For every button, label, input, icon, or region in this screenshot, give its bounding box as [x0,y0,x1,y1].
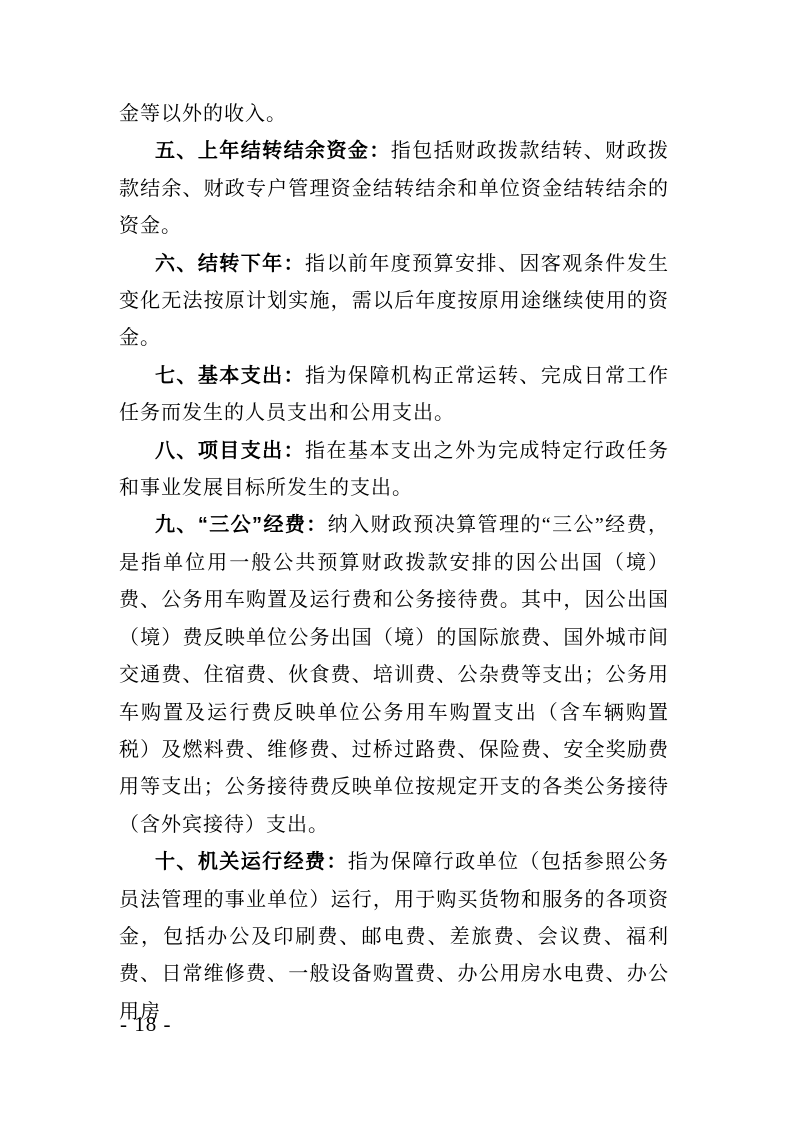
document-page: 金等以外的收入。 五、上年结转结余资金：指包括财政拨款结转、财政拨款结余、财政专… [0,0,793,1122]
page-footer: - 18 - [120,1012,172,1037]
paragraph: 八、项目支出：指在基本支出之外为完成特定行政任务和事业发展目标所发生的支出。 [119,433,669,508]
term-label: 十、机关运行经费： [155,851,348,873]
term-definition: 纳入财政预决算管理的“三公”经费，是指单位用一般公共预算财政拨款安排的因公出国（… [119,514,669,835]
term-definition: 金等以外的收入。 [119,103,287,125]
term-label: 九、“三公”经费： [155,514,328,536]
term-label: 五、上年结转结余资金： [155,140,391,162]
paragraph: 金等以外的收入。 [119,96,669,133]
term-label: 六、结转下年： [155,253,305,275]
paragraph: 九、“三公”经费：纳入财政预决算管理的“三公”经费，是指单位用一般公共预算财政拨… [119,507,669,844]
term-definition: 指为保障行政单位（包括参照公务员法管理的事业单位）运行，用于购买货物和服务的各项… [119,851,669,1023]
term-label: 七、基本支出： [155,365,305,387]
paragraph: 六、结转下年：指以前年度预算安排、因客观条件发生变化无法按原计划实施，需以后年度… [119,246,669,358]
paragraph: 十、机关运行经费：指为保障行政单位（包括参照公务员法管理的事业单位）运行，用于购… [119,844,669,1031]
paragraph: 七、基本支出：指为保障机构正常运转、完成日常工作任务而发生的人员支出和公用支出。 [119,358,669,433]
term-label: 八、项目支出： [155,440,305,462]
document-body: 金等以外的收入。 五、上年结转结余资金：指包括财政拨款结转、财政拨款结余、财政专… [119,96,669,1031]
paragraph: 五、上年结转结余资金：指包括财政拨款结转、财政拨款结余、财政专户管理资金结转结余… [119,133,669,245]
page-number: - 18 - [120,1012,172,1036]
